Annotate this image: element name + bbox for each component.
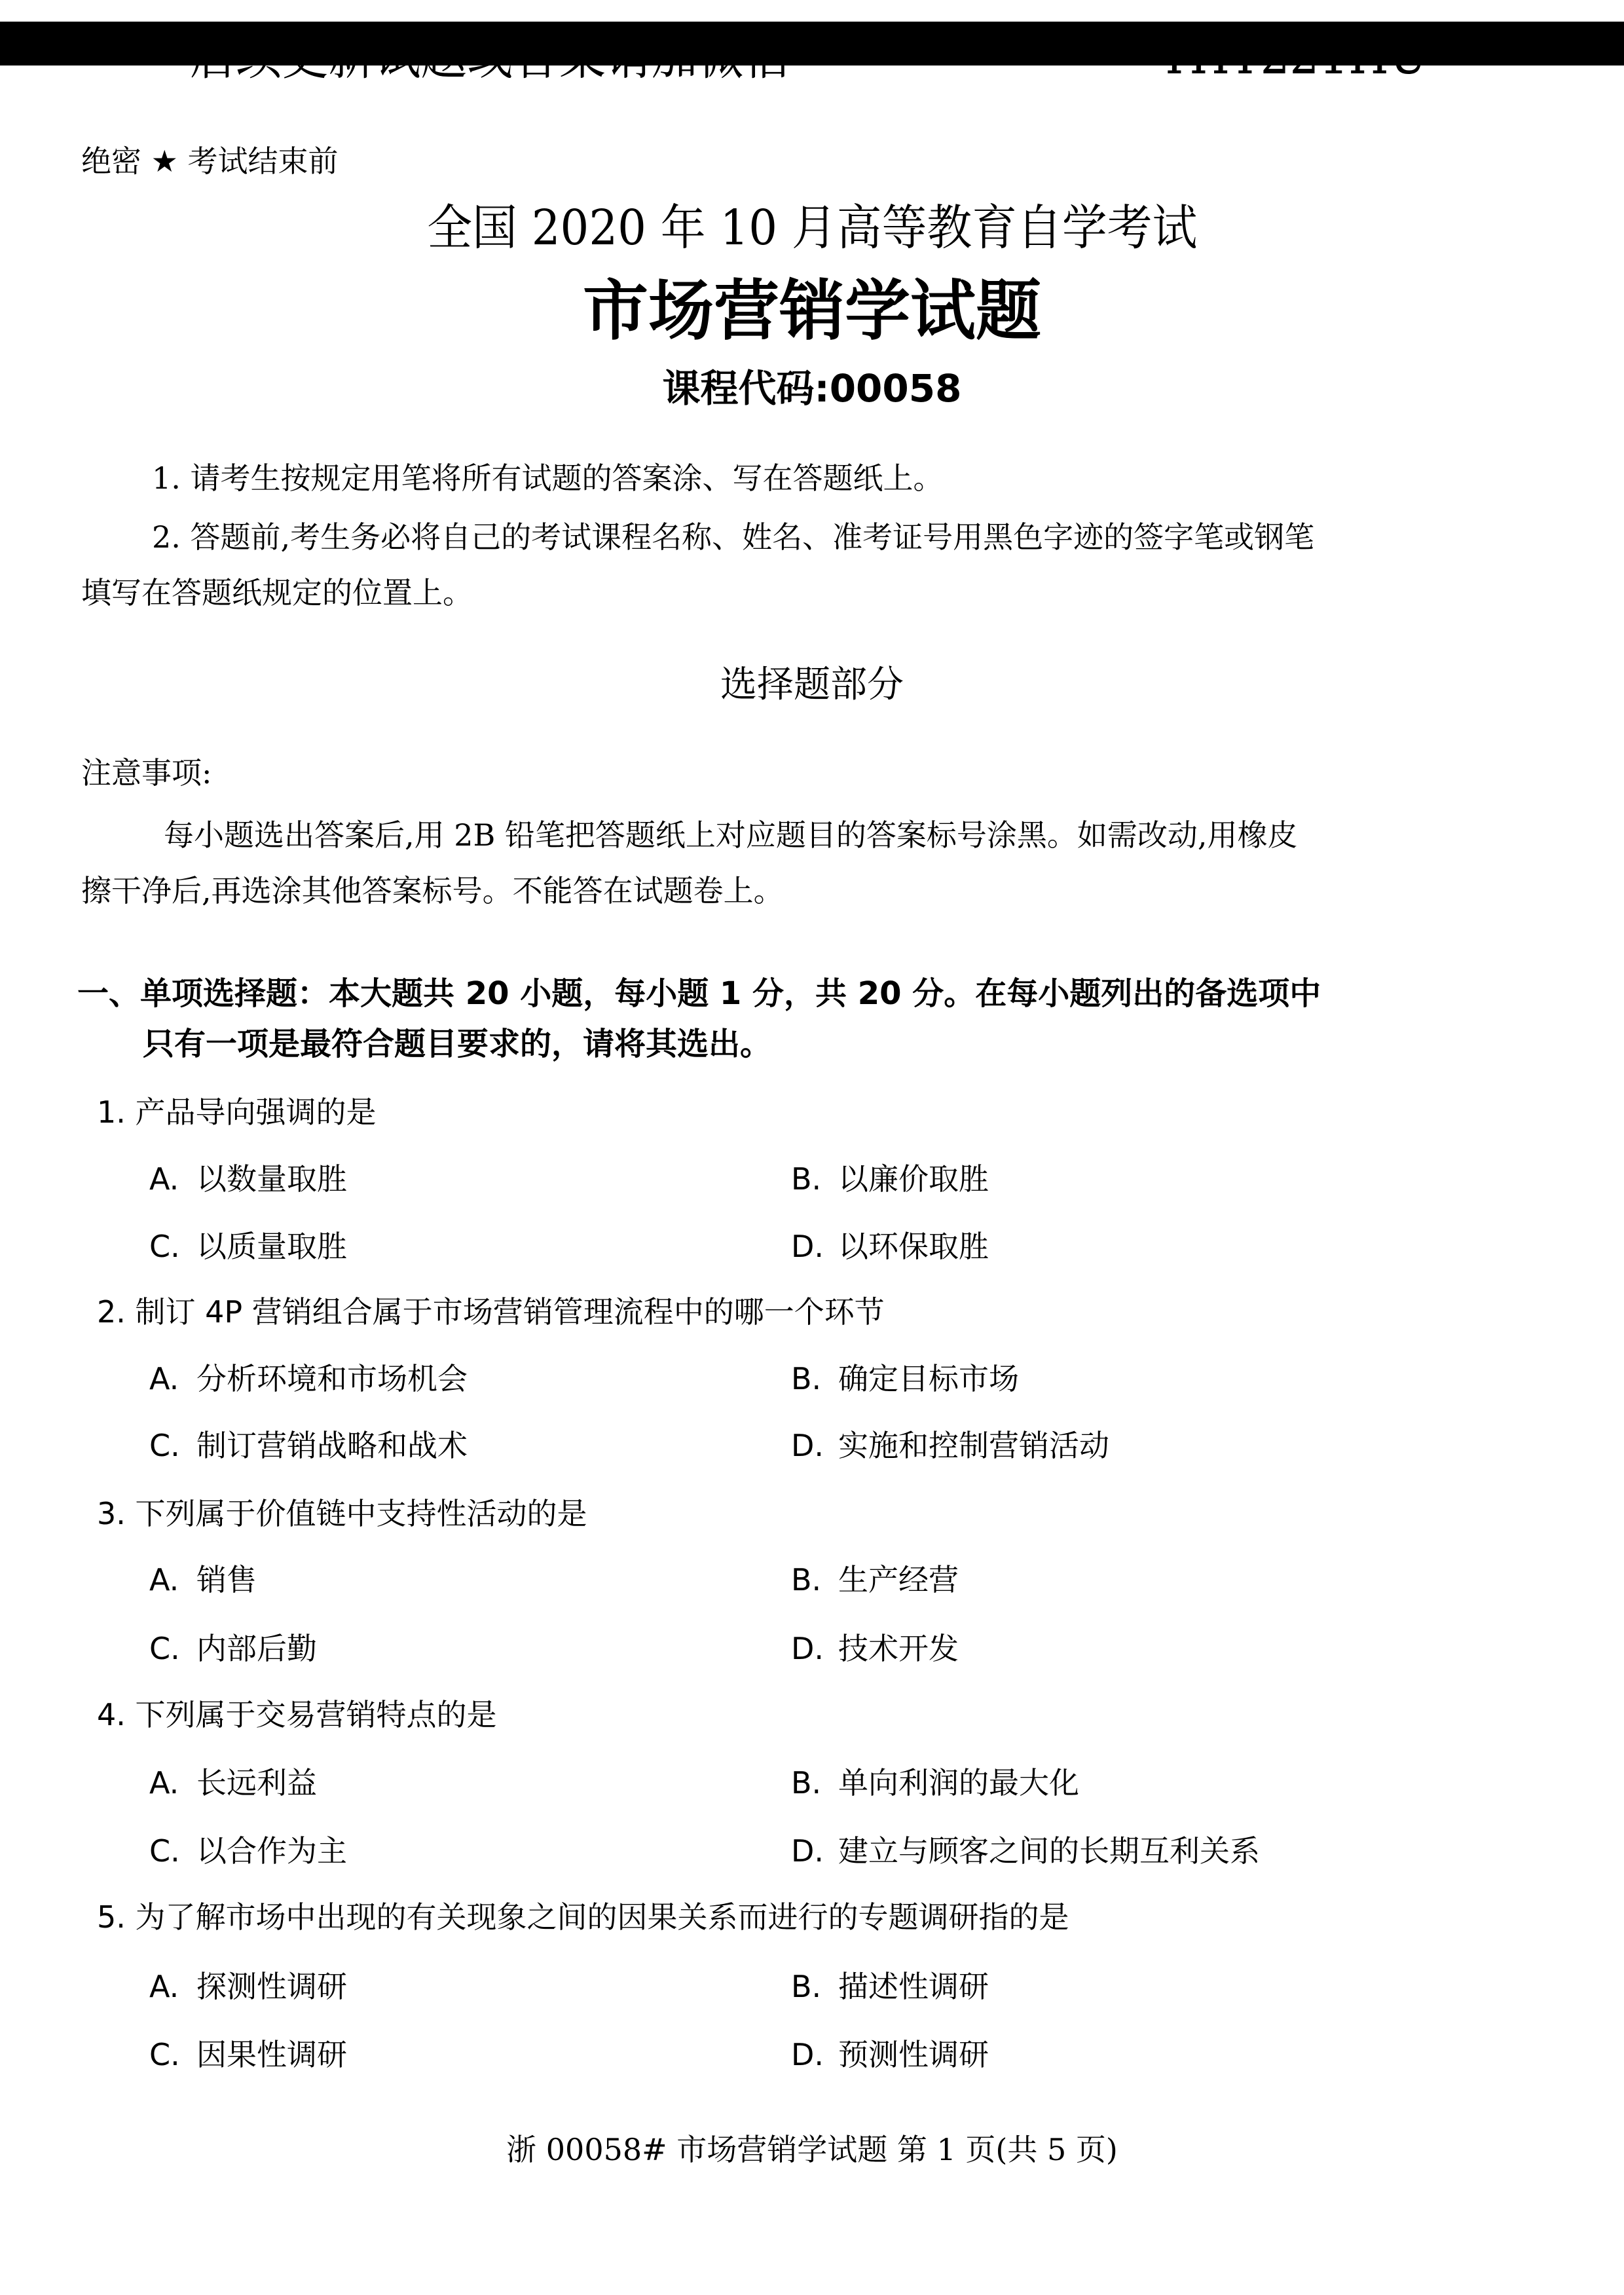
option-text: 以廉价取胜 [838,1161,989,1197]
option-text: 长远利益 [196,1765,317,1801]
option-text: 生产经营 [838,1562,959,1597]
option-label: B. [791,1764,838,1801]
question-5: 5. 为了解市场中出现的有关现象之间的因果关系而进行的专题调研指的是 [97,1899,1069,1935]
option-text: 单向利润的最大化 [838,1765,1079,1801]
option-label: D. [791,1833,838,1869]
question-text: 下列属于价值链中支持性活动的是 [136,1496,587,1531]
section-part-title: 选择题部分 [0,663,1624,707]
option-text: 探测性调研 [196,1969,347,2004]
option-label: C. [149,1833,196,1869]
option-2a: A.分析环境和市场机会 [149,1360,468,1397]
option-text: 以环保取胜 [838,1229,989,1264]
question-number: 2. [97,1294,126,1330]
option-label: B. [791,1161,838,1197]
option-text: 以数量取胜 [196,1161,347,1197]
option-label: D. [791,1630,838,1667]
option-text: 以质量取胜 [196,1229,347,1264]
question-1: 1. 产品导向强调的是 [97,1094,377,1130]
option-4c: C.以合作为主 [149,1833,347,1869]
option-label: C. [149,1427,196,1464]
option-text: 以合作为主 [196,1833,347,1869]
question-2: 2. 制订 4P 营销组合属于市场营销管理流程中的哪一个环节 [97,1294,885,1330]
notice-line-2: 擦干净后,再选涂其他答案标号。不能答在试题卷上。 [81,872,784,909]
option-3d: D.技术开发 [791,1630,959,1667]
question-4: 4. 下列属于交易营销特点的是 [97,1696,497,1733]
option-5c: C.因果性调研 [149,2036,347,2073]
option-4a: A.长远利益 [149,1764,317,1801]
watermark-text-left: 后续更新试题或答案请加微信 [190,65,790,84]
option-2c: C.制订营销战略和战术 [149,1427,468,1464]
option-1a: A.以数量取胜 [149,1161,347,1197]
course-code: 课程代码:00058 [0,367,1624,410]
option-5a: A.探测性调研 [149,1968,347,2005]
subject-title: 市场营销学试题 [0,274,1624,348]
option-3c: C.内部后勤 [149,1630,317,1667]
option-5b: B.描述性调研 [791,1968,989,2005]
option-label: C. [149,2036,196,2073]
option-2b: B.确定目标市场 [791,1360,1019,1397]
top-black-bar [0,22,1624,65]
confidential-label: 绝密 ★ 考试结束前 [81,143,338,179]
option-label: D. [791,1228,838,1265]
option-label: D. [791,2036,838,2073]
question-3: 3. 下列属于价值链中支持性活动的是 [97,1495,587,1532]
question-text: 制订 4P 营销组合属于市场营销管理流程中的哪一个环节 [136,1294,885,1330]
option-text: 制订营销战略和战术 [196,1428,468,1463]
notice-line-1: 每小题选出答案后,用 2B 铅笔把答题纸上对应题目的答案标号涂黑。如需改动,用橡… [164,817,1298,853]
option-label: B. [791,1561,838,1598]
option-2d: D.实施和控制营销活动 [791,1427,1109,1464]
option-label: B. [791,1360,838,1397]
option-text: 技术开发 [838,1631,959,1666]
option-label: A. [149,1561,196,1598]
instruction-2: 2. 答题前,考生务必将自己的考试课程名称、姓名、准考证号用黑色字迹的签字笔或钢… [152,519,1314,555]
option-label: D. [791,1427,838,1464]
option-1d: D.以环保取胜 [791,1228,989,1265]
option-label: A. [149,1764,196,1801]
notice-label: 注意事项: [81,755,212,791]
exam-title-text: 全国 2020 年 10 月高等教育自学考试 [427,200,1197,256]
page-footer: 浙 00058# 市场营销学试题 第 1 页(共 5 页) [0,2131,1624,2168]
question-text: 为了解市场中出现的有关现象之间的因果关系而进行的专题调研指的是 [136,1899,1069,1935]
section-one-heading-cont: 只有一项是最符合题目要求的，请将其选出。 [143,1025,771,1063]
option-3b: B.生产经营 [791,1561,959,1598]
option-label: A. [149,1360,196,1397]
option-text: 分析环境和市场机会 [196,1361,468,1396]
question-number: 5. [97,1899,126,1935]
option-5d: D.预测性调研 [791,2036,989,2073]
option-text: 确定目标市场 [838,1361,1019,1396]
exam-title: 全国 2020 年 10 月高等教育自学考试 [0,200,1624,256]
option-text: 因果性调研 [196,2037,347,2072]
option-1b: B.以廉价取胜 [791,1161,989,1197]
watermark-strip: 后续更新试题或答案请加微信 YHY221HU [0,65,1624,84]
watermark-text-right: YHY221HU [1159,65,1428,84]
option-label: A. [149,1968,196,2005]
question-number: 3. [97,1496,126,1531]
option-text: 销售 [196,1562,257,1597]
instruction-1: 1. 请考生按规定用笔将所有试题的答案涂、写在答题纸上。 [152,460,944,496]
option-text: 描述性调研 [838,1969,989,2004]
question-text: 下列属于交易营销特点的是 [136,1697,497,1732]
option-4b: B.单向利润的最大化 [791,1764,1079,1801]
option-text: 内部后勤 [196,1631,317,1666]
option-text: 预测性调研 [838,2037,989,2072]
option-label: C. [149,1228,196,1265]
option-text: 建立与顾客之间的长期互利关系 [838,1833,1260,1869]
option-4d: D.建立与顾客之间的长期互利关系 [791,1833,1260,1869]
instruction-2-cont: 填写在答题纸规定的位置上。 [81,574,473,611]
option-1c: C.以质量取胜 [149,1228,347,1265]
question-number: 4. [97,1697,126,1732]
option-label: B. [791,1968,838,2005]
option-label: C. [149,1630,196,1667]
section-one-heading: 一、单项选择题：本大题共 20 小题，每小题 1 分，共 20 分。在每小题列出… [77,975,1321,1013]
question-number: 1. [97,1094,126,1130]
option-text: 实施和控制营销活动 [838,1428,1109,1463]
option-3a: A.销售 [149,1561,257,1598]
option-label: A. [149,1161,196,1197]
question-text: 产品导向强调的是 [136,1094,377,1130]
